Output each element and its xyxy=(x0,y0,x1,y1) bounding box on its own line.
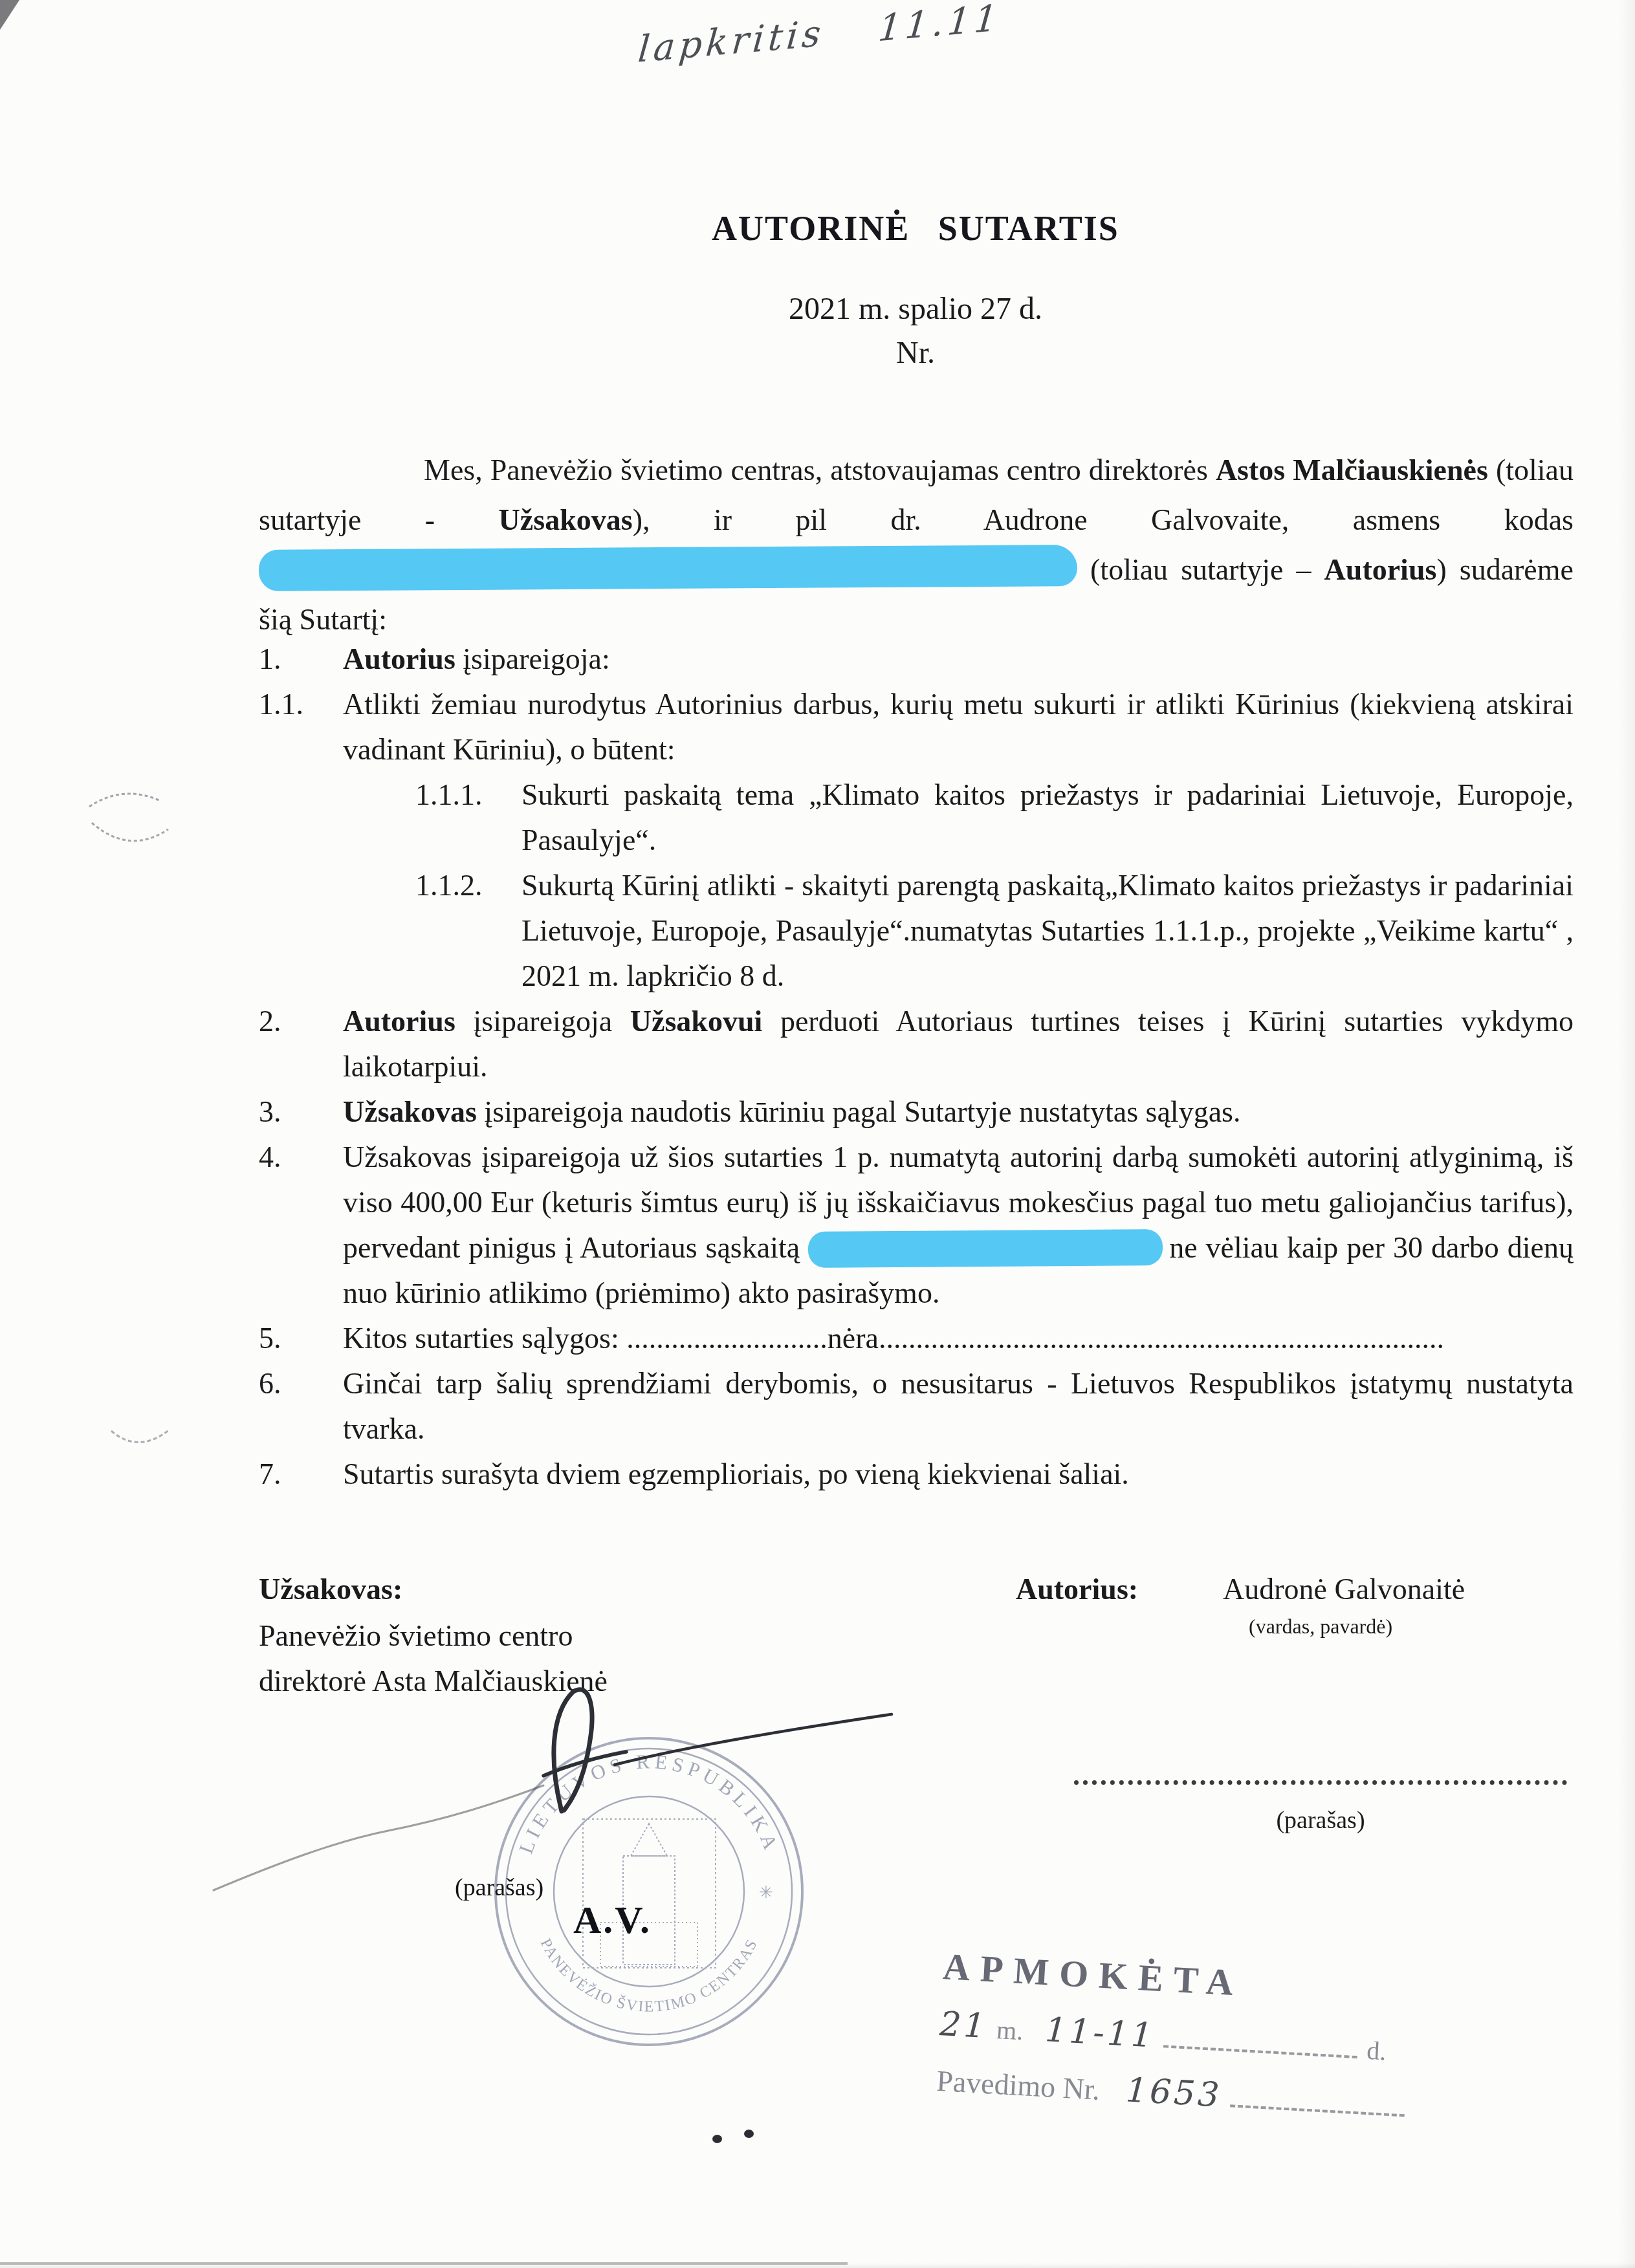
paid-dashed-line xyxy=(1163,2045,1357,2058)
clause-number: 1. xyxy=(259,637,281,682)
paid-date-handwritten: 11-11 xyxy=(1044,2011,1156,2055)
client-org-line: Panevėžio švietimo centro xyxy=(259,1619,573,1653)
ink-dot-artifact xyxy=(712,2135,722,2143)
clause-text: Atlikti žemiau nurodytus Autorinius darb… xyxy=(343,688,1574,766)
client-signature-label: Užsakovas: xyxy=(259,1572,402,1606)
clause-text: Ginčai tarp šalių sprendžiami derybomis,… xyxy=(343,1367,1574,1445)
author-name: Audronė Galvonaitė xyxy=(1223,1572,1465,1606)
clause-text: Sutartis surašyta dviem egzemplioriais, … xyxy=(343,1457,1129,1490)
pen-arc xyxy=(89,794,160,807)
clause-number: 1.1.1. xyxy=(415,772,483,818)
paid-order-number-handwritten: 1653 xyxy=(1125,2071,1223,2115)
page-edge-shadow-right xyxy=(1618,0,1635,2268)
paid-d-label: d. xyxy=(1366,2035,1387,2067)
clause-text: Sukurti paskaitą tema „Klimato kaitos pr… xyxy=(521,778,1574,856)
clause-1-1: 1.1.Atlikti žemiau nurodytus Autorinius … xyxy=(259,682,1574,772)
pen-arc xyxy=(111,1430,170,1443)
director-signature xyxy=(129,1656,938,1928)
signature-flourish xyxy=(214,1785,543,1890)
clause-number: 4. xyxy=(259,1135,281,1180)
paid-stamp-date-row: 21 m. 11-11 d. xyxy=(939,2005,1497,2075)
paid-dashed-line xyxy=(1230,2104,1405,2117)
document-number-label: Nr. xyxy=(259,335,1572,371)
clause-4: 4.Užsakovas įsipareigoja už šios sutarti… xyxy=(259,1135,1574,1316)
clause-number: 1.1. xyxy=(259,682,303,727)
signature-letter-a xyxy=(554,1690,592,1811)
stamp-ring-bottom-text: PANEVĖŽIO ŠVIETIMO CENTRAS xyxy=(537,1936,762,2016)
scan-corner-artifact xyxy=(0,0,19,30)
client-name-bold: Astos Malčiauskienės xyxy=(1216,453,1488,486)
clause-1-1-1: 1.1.1.Sukurti paskaitą tema „Klimato kai… xyxy=(259,772,1574,863)
author-signature-line xyxy=(1074,1780,1567,1785)
clause-1-1-2: 1.1.2.Sukurtą Kūrinį atlikti - skaityti … xyxy=(259,863,1574,999)
author-name-hint: (vardas, pavardė) xyxy=(1249,1615,1392,1639)
clause-3: 3.Užsakovas įsipareigoja naudotis kūrini… xyxy=(259,1089,1574,1135)
paid-order-label: Pavedimo Nr. xyxy=(936,2064,1101,2107)
clause-7: 7.Sutartis surašyta dviem egzemplioriais… xyxy=(259,1452,1574,1497)
scan-bottom-line-artifact xyxy=(0,2262,848,2265)
handwritten-note-top: lapkritis 11.11 xyxy=(636,0,1091,71)
redaction-bar-personal-code xyxy=(259,545,1077,591)
clause-number: 3. xyxy=(259,1089,281,1135)
clause-text: įsipareigoja: xyxy=(455,642,610,675)
clause-text: Sukurtą Kūrinį atlikti - skaityti pareng… xyxy=(521,869,1574,992)
paid-stamp-order-row: Pavedimo Nr. 1653 xyxy=(936,2060,1493,2130)
redaction-bar-bank-account xyxy=(808,1229,1163,1268)
clause-1: 1.Autorius įsipareigoja: xyxy=(259,637,1574,682)
intro-text: Mes, Panevėžio švietimo centras, atstova… xyxy=(424,453,1216,486)
client-term-bold: Užsakovas xyxy=(499,503,633,536)
clause-number: 7. xyxy=(259,1452,281,1497)
clause-number: 1.1.2. xyxy=(415,863,483,908)
author-term-bold: Autorius xyxy=(1324,553,1437,586)
margin-pen-arc-upper xyxy=(78,773,181,870)
author-signature-label: Autorius: xyxy=(1016,1572,1138,1606)
intro-text: ), ir pil dr. Audrone Galvovaite, asmens… xyxy=(633,503,1574,536)
document-title: AUTORINĖ SUTARTIS xyxy=(259,208,1572,248)
paid-stamp: APMOKĖTA 21 m. 11-11 d. Pavedimo Nr. 165… xyxy=(936,1945,1500,2130)
clause-text-bold: Užsakovas xyxy=(343,1095,477,1128)
paid-year-handwritten: 21 xyxy=(939,2005,989,2046)
clause-number: 2. xyxy=(259,999,281,1044)
intro-paragraph: Mes, Panevėžio švietimo centras, atstova… xyxy=(259,445,1574,644)
paid-m-label: m. xyxy=(996,2014,1024,2046)
ink-dot-artifact xyxy=(744,2130,754,2138)
paid-stamp-title: APMOKĖTA xyxy=(942,1945,1500,2019)
clause-text-bold: Autorius xyxy=(343,642,455,675)
clause-5: 5.Kitos sutarties sąlygos: .............… xyxy=(259,1316,1574,1361)
clause-text: Kitos sutarties sąlygos: ...............… xyxy=(343,1322,1444,1355)
clause-number: 6. xyxy=(259,1361,281,1406)
document-date: 2021 m. spalio 27 d. xyxy=(259,291,1572,327)
author-parasas-label: (parašas) xyxy=(1074,1806,1567,1835)
scanned-contract-page: lapkritis 11.11 AUTORINĖ SUTARTIS 2021 m… xyxy=(0,0,1635,2268)
clause-text: įsipareigoja xyxy=(455,1005,630,1038)
intro-text: (toliau sutartyje – xyxy=(1090,553,1324,586)
signature-tail-stroke xyxy=(615,1714,892,1765)
clause-2: 2.Autorius įsipareigoja Užsakovui perduo… xyxy=(259,999,1574,1089)
margin-pen-arc-lower xyxy=(100,1417,184,1462)
clause-6: 6.Ginčai tarp šalių sprendžiami derybomi… xyxy=(259,1361,1574,1452)
clause-text-bold: Užsakovui xyxy=(630,1005,762,1038)
clause-text: įsipareigoja naudotis kūriniu pagal Suta… xyxy=(477,1095,1240,1128)
clause-number: 5. xyxy=(259,1316,281,1361)
pen-arc xyxy=(92,823,168,841)
clause-list: 1.Autorius įsipareigoja: 1.1.Atlikti žem… xyxy=(259,637,1574,1497)
clause-text-bold: Autorius xyxy=(343,1005,455,1038)
